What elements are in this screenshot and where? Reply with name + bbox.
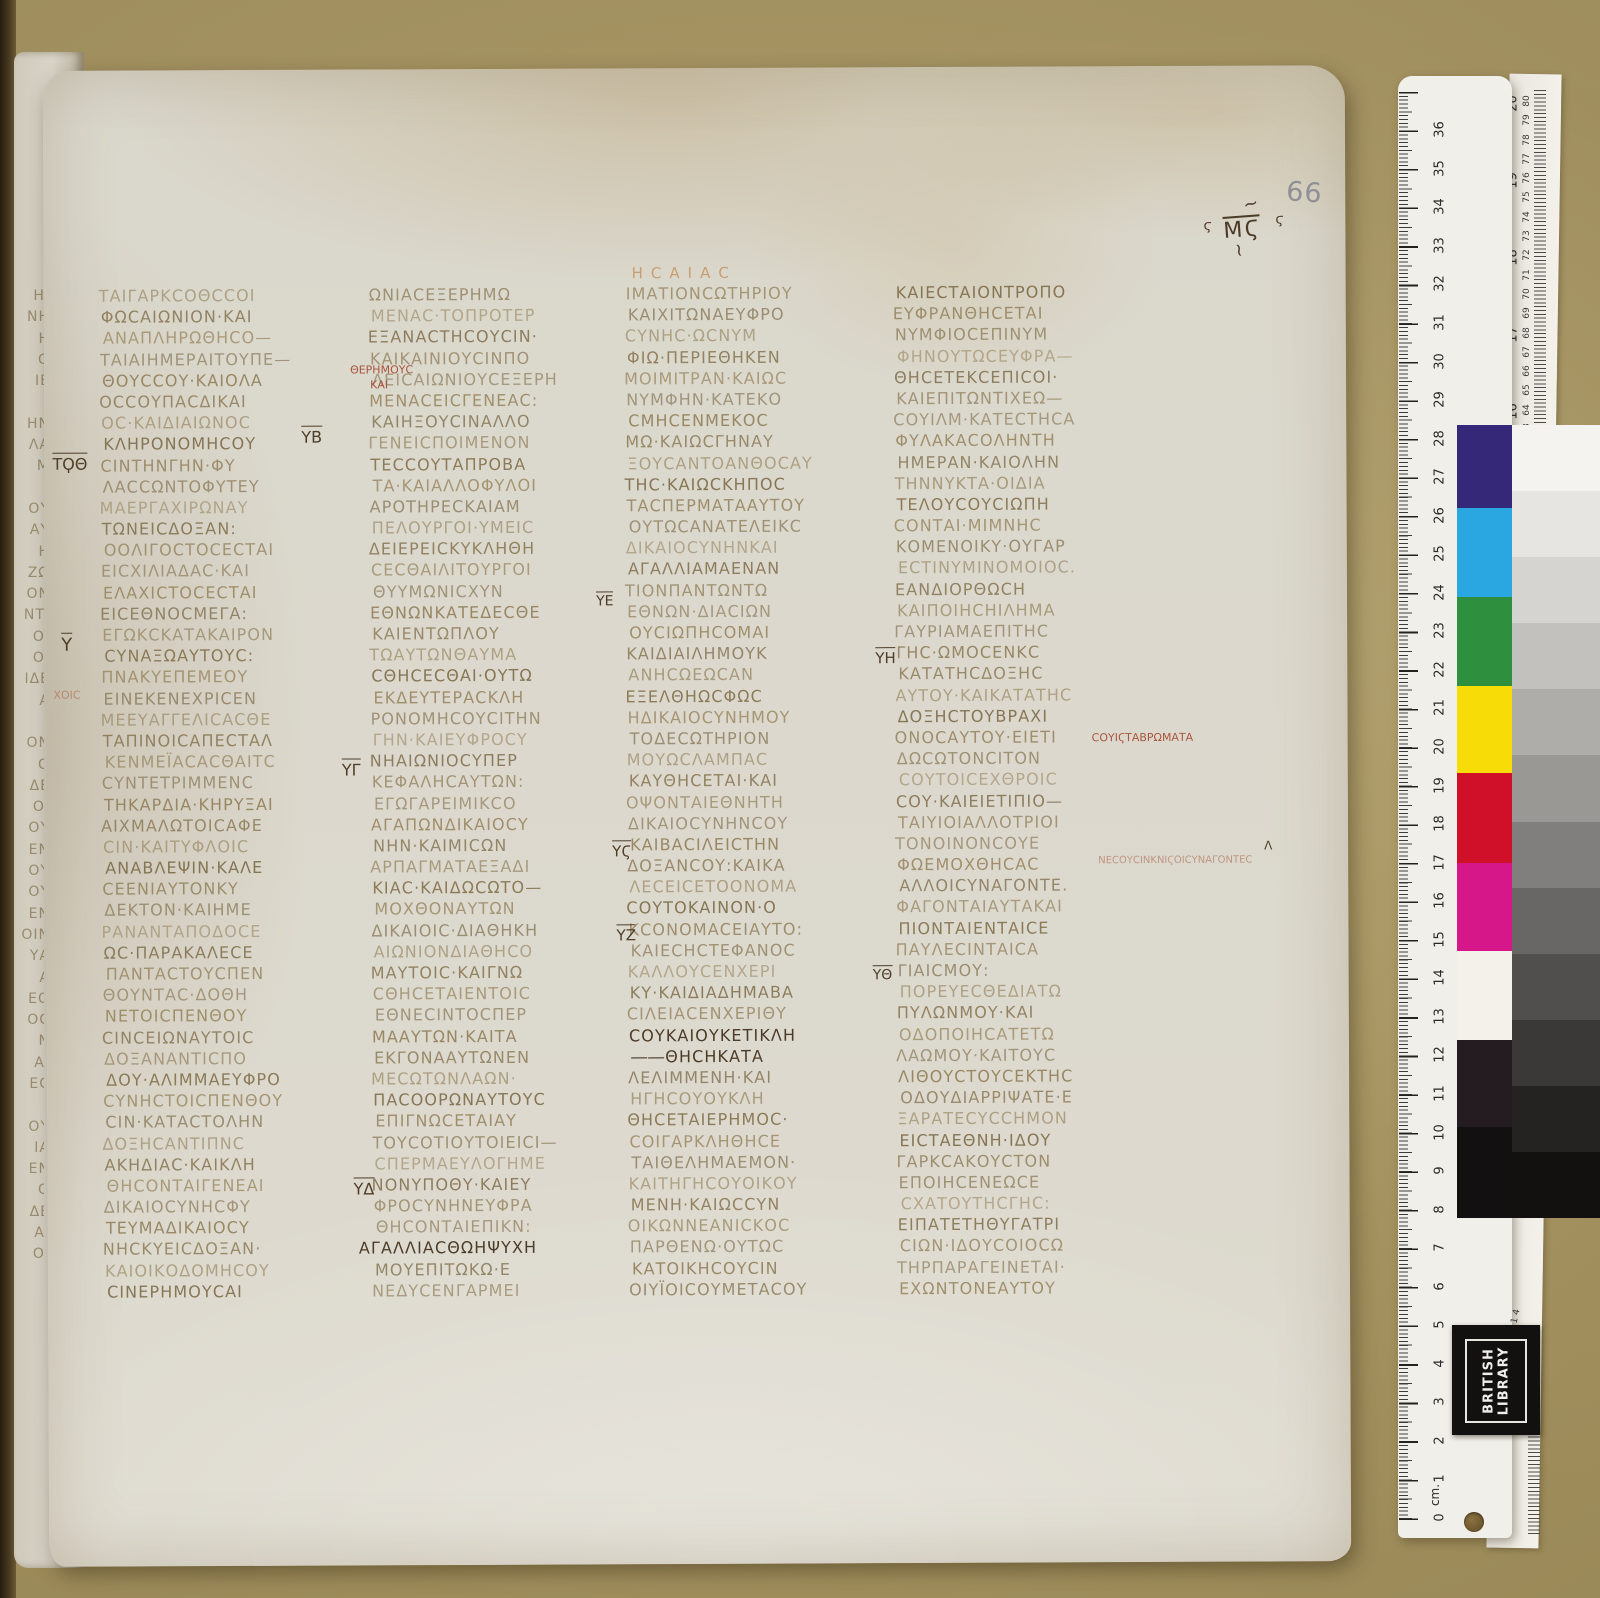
text-line: ΛΑΩΜΟΥ·ΚΑΙΤΟΥϹ <box>896 1044 1158 1067</box>
cm-number: 22 <box>1433 652 1448 686</box>
cm-number: 12 <box>1433 1038 1448 1072</box>
text-line: ΝΥΜΦΗΝ·ΚΑΤΕΚΟ <box>626 388 888 411</box>
fragment-line: ΟΝ <box>18 733 44 754</box>
british-library-label: BRITISH LIBRARY <box>1452 1325 1540 1435</box>
fragment-line: ΛΑ <box>18 435 44 456</box>
text-line: ΤΟΥϹΟΤΙΟΥΤΟΙΕΙϹΙ— <box>372 1131 634 1154</box>
text-line: ϹΙΝΤΗΝΓΗΝ·ΦΥ <box>100 454 362 477</box>
text-line: ΝΗΑΙΩΝΙΟϹΥΠΕΡ <box>370 749 632 772</box>
margin-note: ΥΗ <box>875 647 896 667</box>
text-line: ΤΑΠΙΝΟΙϹΑΠΕϹΤΑΛ <box>103 729 365 752</box>
text-line: ϹΟΙΓΑΡΚΛΗΘΗϹΕ <box>629 1129 891 1152</box>
text-line: ΑΡΟΤΗΡΕϹΚΑΙΑΜ <box>370 495 632 518</box>
margin-note: Λ <box>1264 838 1272 852</box>
fragment-line: ΔΕ <box>18 776 44 797</box>
british-library-label-text: BRITISH LIBRARY <box>1481 1347 1511 1416</box>
text-line: ΓΗϹ·ΩΜΟϹΕΝΚϹ <box>896 641 1158 664</box>
fragment-line: Α <box>18 691 44 712</box>
text-line: ΚΑΙΕϹΗϹΤΕΦΑΝΟϹ <box>631 939 893 962</box>
cm-number: 32 <box>1433 267 1448 301</box>
half-cm-number: 80 <box>1522 90 1532 112</box>
cm-number: 8 <box>1433 1192 1448 1226</box>
margin-note: Υ <box>61 633 72 656</box>
text-line: ΔΟΞΗϹΑΝΤΙΠΝϹ <box>102 1132 364 1155</box>
fragment-line: ΖΩ <box>18 563 44 584</box>
fragment-line: Η <box>18 329 44 350</box>
underlying-page-text-fragments: ΗΙΝΗΗΟΙΕΗΝΛΑΜΟΥΑΥΗΖΩΟΝΝΤΙΟΙΟΙΙΔΕΑΟΝΟΔΕΟΙ… <box>12 286 44 1296</box>
margin-note: ΘΕΡΗΜΟΥϹ <box>350 363 413 376</box>
text-line: ΓΑΥΡΙΑΜΑΕΠΙΤΗϹ <box>894 620 1156 643</box>
half-cm-number: 71 <box>1522 264 1532 286</box>
text-line: ΚΑΙΒΑϹΙΛΕΙϹΤΗΝ <box>630 833 892 856</box>
text-line: ΠΑΝΤΑϹΤΟΥϹΠΕΝ <box>106 962 368 985</box>
text-line: ΚΑΙΤΗΓΗϹΟΥΟΙΚΟΥ <box>629 1172 891 1195</box>
text-line: ΔΟΞΑΝϹΟΥ:ΚΑΙΚΑ <box>627 854 889 877</box>
text-line: ΚΑΙΟΙΚΟΔΟΜΗϹΟΥ <box>105 1259 367 1282</box>
text-line: ΤΙΟΝΠΑΝΤΩΝΤΩ <box>625 579 887 602</box>
text-line: ΕΛΑΧΙϹΤΟϹΕϹΤΑΙ <box>103 581 365 604</box>
fragment-line: Ν <box>18 1031 44 1052</box>
fragment-line: Η <box>18 542 44 563</box>
margin-note: ΤϘΘ <box>52 453 87 474</box>
cm-number: 33 <box>1433 228 1448 262</box>
text-line: ΚΑΛΛΟΥϹΕΝΧΕΡΙ <box>628 960 890 983</box>
margin-note: ΥΒ <box>301 426 322 447</box>
text-line: ΜΟΥΩϹΛΑΜΠΑϹ <box>627 748 889 771</box>
text-line: ΤΩΝΕΙϹΔΟΞΑΝ: <box>102 517 364 540</box>
text-line: ϹΥΝΗϹΤΟΙϹΠΕΝΘΟΥ <box>103 1089 365 1112</box>
text-line: ΤΗϹ·ΚΑΙΩϹΚΗΠΟϹ <box>625 473 887 496</box>
fragment-line: ΟΙ <box>18 627 44 648</box>
text-line: ΠΙΟΝΤΑΙΕΝΤΑΙϹΕ <box>898 916 1160 939</box>
cm-number: 18 <box>1433 807 1448 841</box>
cm-number: 29 <box>1433 383 1448 417</box>
text-line: ΟΙΥΪΟΙϹΟΥΜΕΤΑϹΟΥ <box>629 1278 891 1301</box>
text-line: ΑΙΧΜΑΛΩΤΟΙϹΑΦΕ <box>101 814 363 837</box>
cm-number: 27 <box>1433 460 1448 494</box>
half-cm-number: 72 <box>1522 244 1532 266</box>
half-cm-number: 64 <box>1522 399 1532 421</box>
text-line: ΔΙΚΑΙΟΙϹ·ΔΙΑΘΗΚΗ <box>371 919 633 942</box>
text-line: ΕΥΦΡΑΝΘΗϹΕΤΑΙ <box>893 302 1155 325</box>
margin-note: ΥΕ <box>596 591 613 609</box>
text-line: ΤΑΙΑΙΗΜΕΡΑΙΤΟΥΠΕ— <box>100 348 362 371</box>
running-title: ΗϹΑΙΑϹ <box>632 264 737 282</box>
text-line: ϹΥΝΤΕΤΡΙΜΜΕΝϹ <box>102 772 364 795</box>
cm-number: 11 <box>1433 1076 1448 1110</box>
text-line: ΤΕΥΜΑΔΙΚΑΙΟϹΥ <box>106 1216 368 1239</box>
text-line: ΜΑΥΤΟΙϹ·ΚΑΙΓΝΩ <box>371 961 633 984</box>
text-line: ΝΕΔΥϹΕΝΓΑΡΜΕΙ <box>372 1279 634 1302</box>
margin-note: ΥΘ <box>873 965 893 983</box>
text-line: ΕΠΟΙΗϹΕΝΕΩϹΕ <box>899 1171 1161 1194</box>
color-patch <box>1457 686 1512 773</box>
text-line: ΙΜΑΤΙΟΝϹΩΤΗΡΙΟΥ <box>626 282 888 305</box>
text-line: ΕΙϹΕΘΝΟϹΜΕΓΑ: <box>100 602 362 625</box>
half-cm-number: 78 <box>1522 129 1532 151</box>
text-line: ΜΕϹΩΤΩΝΛΑΩΝ· <box>371 1067 633 1090</box>
color-patch <box>1457 1040 1512 1127</box>
cm-number: 35 <box>1433 151 1448 185</box>
text-line: ϹΙΛΕΙΑϹΕΝΧΕΡΙΘΥ <box>627 1002 889 1025</box>
cm-number: 9 <box>1433 1154 1448 1188</box>
text-line: ΕΙΝΕΚΕΝΕΧΡΙϹΕΝ <box>103 687 365 710</box>
text-line: ΜΟΙΜΙΤΡΑΝ·ΚΑΙΩϹ <box>624 367 886 390</box>
fragment-line: ΟΝ <box>18 584 44 605</box>
text-line: ΟΨΟΝΤΑΙΕΘΝΗΤΗ <box>626 790 888 813</box>
fragment-line: ΑΙ <box>18 1053 44 1074</box>
text-line: ΜΕΝΑϹΕΙϹΓΕΝΕΑϹ: <box>369 389 631 412</box>
grayscale-wedge <box>1512 425 1600 1218</box>
text-line: ΟΔΟΠΟΙΗϹΑΤΕΤΩ <box>899 1022 1161 1045</box>
margin-note: ΥΔ <box>354 1177 375 1198</box>
text-line: ΔΕΙΕΡΕΙϹΚΥΚΛΗΘΗ <box>369 537 631 560</box>
half-cm-number: 68 <box>1522 322 1532 344</box>
text-line: ΗΜΕΡΑΝ·ΚΑΙΟΛΗΝ <box>897 450 1159 473</box>
cm-number: 6 <box>1433 1269 1448 1303</box>
text-line: ΚΑΙΠΟΙΗϹΗΙΛΗΜΑ <box>897 599 1159 622</box>
text-line: ΡΟΝΟΜΗϹΟΥϹΙΤΗΝ <box>371 707 633 730</box>
cm-number: 24 <box>1433 575 1448 609</box>
text-line: ΕϹΤΙΝΥΜΙΝΟΜΟΙΟϹ. <box>898 556 1160 579</box>
text-line: ΟΟΛΙΓΟϹΤΟϹΕϹΤΑΙ <box>104 538 366 561</box>
text-line: ΑΓΑΠΩΝΔΙΚΑΙΟϹΥ <box>371 813 633 836</box>
fragment-line <box>18 392 44 413</box>
cm-number: 14 <box>1433 961 1448 995</box>
text-line: ΚΑΙΗΞΟΥϹΙΝΑΛΛΟ <box>371 410 633 433</box>
text-line: ΕΙϹΧΙΛΙΑΔΑϹ·ΚΑΙ <box>101 560 363 583</box>
text-line: ΝΕΤΟΙϹΠΕΝΘΟΥ <box>105 1005 367 1028</box>
cm-number: 17 <box>1433 845 1448 879</box>
color-patch <box>1457 863 1512 951</box>
text-line: ϹΙΝ·ΚΑΤΑϹΤΟΛΗΝ <box>105 1111 367 1134</box>
text-line: ΝΥΜΦΙΟϹΕΠΙΝΥΜ <box>895 323 1157 346</box>
text-line: ΔΙΚΑΙΟϹΥΝΗϹΦΥ <box>104 1195 366 1218</box>
text-line: ϹΕΕΝΙΑΥΤΟΝΚΥ <box>102 877 364 900</box>
margin-note: ΧΟΙϹ <box>53 689 80 702</box>
fragment-line <box>18 478 44 499</box>
text-line: ΚΑΙΕϹΤΑΙΟΝΤΡΟΠΟ <box>896 281 1158 304</box>
british-library-label-box: BRITISH LIBRARY <box>1465 1339 1527 1423</box>
text-line: ΜΑΑΥΤΩΝ·ΚΑΙΤΑ <box>372 1025 634 1048</box>
text-line: ΠΑϹΟΟΡΩΝΑΥΤΟΥϹ <box>373 1088 635 1111</box>
fragment-line: Ο <box>18 1180 44 1201</box>
text-line: ΤΟΝΟΙΝΟΝϹΟΥΕ <box>895 832 1157 855</box>
text-line: ΑΝΑΒΛΕΨΙΝ·ΚΑΛΕ <box>105 856 367 879</box>
text-line: ΚϹΟΝΟΜΑϹΕΙΑΥΤΟ: <box>628 918 890 941</box>
text-column: ΩΝΙΑϹΕΞΕΡΗΜΩΜΕΝΑϹ·ΤΟΠΡΟΤΕΡ̄ΕΞΑΝΑϹΤΗϹΟΥϹΙ… <box>370 283 636 1301</box>
text-line: ΘΟΥΝΤΑϹ·ΔΟΘΗ <box>103 983 365 1006</box>
text-column: ΤΑΙΓΑΡΚϹΟΘϹϹΟΙΦΩϹΑΙΩΝΙΟΝ·ΚΑΙΑΝΑΠΛΗΡΩΘΗϹΟ… <box>101 284 367 1302</box>
text-line: ΚΟΜΕΝΟΙΚΥ·ΟΥΓΑΡ <box>896 535 1158 558</box>
text-line: ΜΑΕΡΓΑΧΙΡΩΝΑΥ <box>100 496 362 519</box>
cm-number: 7 <box>1433 1231 1448 1265</box>
fragment-line: ΟΥ <box>18 818 44 839</box>
cm-number: 5 <box>1433 1308 1448 1342</box>
fragment-line: Ο <box>18 755 44 776</box>
fragment-line: ΟΥ <box>18 499 44 520</box>
half-cm-number: 79 <box>1522 109 1532 131</box>
fragment-line: ΙΕ <box>18 371 44 392</box>
text-line: ΚΑΙΧΙΤΩΝΑΕΥΦΡΟ <box>628 303 890 326</box>
text-line: ΕΙϹΤΑΕΘΝΗ·ΙΔΟΥ <box>899 1128 1161 1151</box>
gray-step <box>1512 1086 1600 1152</box>
text-line: ΝΗϹΚΥΕΙϹΔΟΞΑΝ· <box>103 1238 365 1261</box>
fragment-line: ΔΕ <box>18 1202 44 1223</box>
text-line: ϹΙΝΕΡΗΜΟΥϹΑΙ <box>107 1280 369 1303</box>
text-line: ΤΕΛΟΥϹΟΥϹΙΩΠΗ <box>897 493 1159 516</box>
folio-number-pencil: 66 <box>1285 176 1323 209</box>
text-line: ΜΟΧΘΟΝΑΥΤΩΝ <box>374 897 636 920</box>
text-line: ΝΗΝ·ΚΑΙΜΙϹΩΝ <box>373 834 635 857</box>
fragment-line: Ο <box>18 350 44 371</box>
fragment-line: ΥΑ <box>18 946 44 967</box>
color-patch <box>1457 951 1512 1040</box>
fragment-line: ΟΥ <box>18 1117 44 1138</box>
text-line: ΠΟΡΕΥΕϹΘΕΔΙΑΤΩ <box>900 980 1162 1003</box>
fragment-line: ΗΙ <box>18 286 44 307</box>
text-line: ΚΑΤΟΙΚΗϹΟΥϹΙΝ <box>632 1257 894 1280</box>
text-line: ΟΥΤΩϹΑΝΑΤΕΛΕΙΚϹ <box>629 515 891 538</box>
quire-flourish: ~ <box>1241 192 1261 216</box>
text-line: ΔΟΞΑΝΑΝΤΙϹΠΟ <box>104 1047 366 1070</box>
text-line: ΚΑΙΔΙΑΙΛΗΜΟΥΚ <box>626 642 888 665</box>
ruler-cm-ticks <box>1399 92 1418 1520</box>
fragment-line: ΕΟ <box>18 989 44 1010</box>
fragment-line: ΕΝ <box>18 1159 44 1180</box>
text-line: ΟΔΟΥΔΙΑΡΡΙΨΑΤΕ·Ε <box>900 1086 1162 1109</box>
text-line: ΔΩϹΩΤΟΝϹΙΤΟΝ <box>897 747 1159 770</box>
quire-flourish: ~ <box>1227 241 1250 260</box>
cm-number: 36 <box>1433 113 1448 147</box>
text-line: ΤΗΚΑΡΔΙΑ·ΚΗΡΥΞΑΙ <box>104 793 366 816</box>
fragment-line: ΝΗ <box>18 307 44 328</box>
margin-note: ΥΓ <box>342 758 361 779</box>
text-line: ΔΟΞΗϹΤΟΥΒΡΑΧΙ <box>898 705 1160 728</box>
text-line: ΛΕϹΕΙϹΕΤΟΟΝΟΜΑ <box>629 875 891 898</box>
ruler-cm-label: cm. <box>1428 1484 1442 1506</box>
text-line: ΚΑΥΘΗϹΕΤΑΙ·ΚΑΙ <box>629 769 891 792</box>
text-line: ΤΗΝΝΥΚΤΑ·ΟΙΔΙΑ <box>895 471 1157 494</box>
gray-step <box>1512 1152 1600 1218</box>
cm-number: 4 <box>1433 1346 1448 1380</box>
text-line: ΦΙΩ·ΠΕΡΙΕΘΗΚΕΝ <box>627 346 889 369</box>
text-line: ΚΥ·ΚΑΙΔΙΑΔΗΜΑΒΑ <box>630 981 892 1004</box>
manuscript-page: ΗϹΑΙΑϹ ~ ΜϚ ~ ϛ ϛ 66 ΤΑΙΓΑΡΚϹΟΘϹϹΟΙΦΩϹΑΙ… <box>43 65 1352 1567</box>
half-cm-number: 70 <box>1522 283 1532 305</box>
text-line: ΤΑΙΘΕΛΗΜΑΕΜΟΝ· <box>631 1151 893 1174</box>
color-patch <box>1457 1127 1512 1218</box>
cm-number: 10 <box>1433 1115 1448 1149</box>
text-line: ΔΕΚΤΟΝ·ΚΑΙΗΜΕ <box>104 899 366 922</box>
text-line: ΔΙΚΑΙΟϹΥΝΗΝϹΟΥ <box>628 812 890 835</box>
fragment-line: ΟΙ <box>18 797 44 818</box>
text-line: ΕΓΩΓΑΡΕΙΜΙΚϹΟ <box>374 792 636 815</box>
text-line: ΑΙΩΝΙΟΝΔΙΑΘΗϹΟ <box>374 940 636 963</box>
text-line: ΚΑΤΑΤΗϹΔΟΞΗϹ <box>898 662 1160 685</box>
text-line: ΟϹ·ΚΑΙΔΙΑΙΩΝΟϹ <box>101 411 363 434</box>
text-line: ΡΑΝΑΝΤΑΠΟΔΟϹΕ <box>101 920 363 943</box>
text-line: ϹΟΥΙΛΜ·ΚΑΤΕϹΤΗϹΑ <box>893 408 1155 431</box>
text-column: ΙΜΑΤΙΟΝϹΩΤΗΡΙΟΥΚΑΙΧΙΤΩΝΑΕΥΦΡΟϹΥΝΗϹ·ΩϹΝΥΜ… <box>626 282 892 1300</box>
margin-note: ΥΖ <box>616 924 636 944</box>
british-library-line1: BRITISH <box>1481 1347 1496 1416</box>
text-line: ϹΙΩΝ·ΙΔΟΥϹΟΙΟϹΩ <box>900 1234 1162 1257</box>
half-cm-number: 66 <box>1522 360 1532 382</box>
fragment-line: ΟΙΝ <box>18 925 44 946</box>
text-line: ΑΚΗΔΙΑϹ·ΚΑΙΚΛΗ <box>104 1153 366 1176</box>
color-patch <box>1457 773 1512 863</box>
gray-step <box>1512 954 1600 1020</box>
fragment-line: Α <box>18 968 44 989</box>
text-line: ΕΘΝΕϹΙΝΤΟϹΠΕΡ <box>375 1003 637 1026</box>
fragment-line: ΙΑ <box>18 1138 44 1159</box>
fragment-line: ΑΥ <box>18 520 44 541</box>
text-line: ΕΑΝΔΙΟΡΘΩϹΗ <box>895 577 1157 600</box>
text-line: ΤΗΡΠΑΡΑΓΕΙΝΕΤΑΙ· <box>897 1255 1159 1278</box>
text-line: ΜΕΝΗ·ΚΑΙΩϹϹΥΝ <box>631 1193 893 1216</box>
half-cm-number: 75 <box>1522 186 1532 208</box>
gray-step <box>1512 1020 1600 1086</box>
text-line: ΝΟΝΥΠΟΘΥ·ΚΑΙΕΥ <box>372 1173 634 1196</box>
text-line: ΘΗϹΕΤΑΙΕΡΗΜΟϹ· <box>627 1108 889 1131</box>
color-patch <box>1457 597 1512 686</box>
half-cm-number: 67 <box>1522 341 1532 363</box>
text-line: ΛΙΘΟΥϹΤΟΥϹΕΚΤΗϹ <box>898 1065 1160 1088</box>
half-cm-number: 76 <box>1522 167 1532 189</box>
fragment-line: ΟΙ <box>18 648 44 669</box>
text-line: ΕΧΩΝΤΟΝΕΑΥΤΟΥ <box>899 1277 1161 1300</box>
text-line: ΠΥΛΩΝΜΟΥ·ΚΑΙ <box>897 1001 1159 1024</box>
text-line: ΩΝΙΑϹΕΞΕΡΗΜΩ <box>369 283 631 306</box>
cm-number: 15 <box>1433 922 1448 956</box>
cm-number: 26 <box>1433 498 1448 532</box>
text-line: ΞΑΡΑΤΕϹΥϹϹΗΜΟΝ <box>897 1107 1159 1130</box>
text-line: ϹΟΥΤΟΚΑΙΝΟΝ·Ο <box>626 896 888 919</box>
text-line: ΘΗϹΕΤΕΚϹΕΠΙϹΟΙ· <box>894 366 1156 389</box>
margin-note: ϹΟΥΙϚΤΑΒΡΩΜΑΤΑ <box>1092 731 1194 744</box>
text-line: ΓΑΡΚϹΑΚΟΥϹΤΟΝ <box>896 1149 1158 1172</box>
text-line: ϹΙΝϹΕΙΩΝΑΥΤΟΙϹ <box>102 1026 364 1049</box>
text-block: ΤΑΙΓΑΡΚϹΟΘϹϹΟΙΦΩϹΑΙΩΝΙΟΝ·ΚΑΙΑΝΑΠΛΗΡΩΘΗϹΟ… <box>43 65 1345 71</box>
text-line: ΑΓΑΛΛΙΑϹΘΩΗΨΥΧΗ <box>359 1237 621 1260</box>
text-line: ΚΙΑϹ·ΚΑΙΔΩϹΩΤΟ— <box>372 876 634 899</box>
half-cm-number: 73 <box>1522 225 1532 247</box>
british-library-line2: LIBRARY <box>1496 1347 1511 1416</box>
text-line: ΚΕΦΑΛΗϹΑΥΤΩΝ: <box>372 770 634 793</box>
margin-note: ΝΕϹΟΥϹΙΝΚΝΙϚΟΙϹΥΝΑΓΟΝΤΕϹ <box>1098 855 1252 867</box>
text-line: ΑΛΛΟΙϹΥΝΑΓΟΝΤΕ. <box>899 874 1161 897</box>
text-line: ΗΔΙΚΑΙΟϹΥΝΗΜΟΥ <box>628 706 890 729</box>
text-line: ΘΗϹΟΝΤΑΙΕΠΙΚΝ: <box>376 1215 638 1238</box>
text-line: ΠΕΛΟΥΡΓΟΙ·ΥΜΕΙϹ <box>372 516 634 539</box>
fragment-line: ΗΝ <box>18 414 44 435</box>
text-line: ΓΗΝ·ΚΑΙΕΥΦΡΟϹΥ <box>373 728 635 751</box>
text-line: ΞΟΥϹΑΝΤΟΑΝΘΟϹΑΥ <box>627 451 889 474</box>
cm-number: 13 <box>1433 999 1448 1033</box>
cm-number: 28 <box>1433 421 1448 455</box>
cm-number: 2 <box>1433 1423 1448 1457</box>
text-line: ϹΘΗϹΕϹΘΑΙ·ΟΥΤΩ <box>371 664 633 687</box>
color-patch <box>1457 425 1512 508</box>
text-line: ΛΕΛΙΜΜΕΝΗ·ΚΑΙ <box>628 1066 890 1089</box>
text-line: ΕΙΠΑΤΕΤΗΘΥΓΑΤΡΙ <box>898 1213 1160 1236</box>
fragment-line <box>18 712 44 733</box>
text-line: ϹΟΥΤΟΙϹΕΧΘΡΟΙϹ <box>899 768 1161 791</box>
cm-number: 23 <box>1433 614 1448 648</box>
text-line: ΩϹ·ΠΑΡΑΚΑΛΕϹΕ <box>104 941 366 964</box>
color-patch <box>1457 508 1512 597</box>
fragment-line: ΕΝ <box>18 840 44 861</box>
text-line: ΟϹϹΟΥΠΑϹΔΙΚΑΙ <box>99 390 361 413</box>
text-line: ϹΟΝΤΑΙ·ΜΙΜΝΗϹ <box>894 514 1156 537</box>
cm-number: 3 <box>1433 1385 1448 1419</box>
fragment-line: ΝΤΙ <box>18 605 44 626</box>
half-cm-number: 65 <box>1522 379 1532 401</box>
text-line: ΤΑΙΥΙΟΙΑΛΛΟΤΡΙΟΙ <box>898 810 1160 833</box>
text-line: ΠΑΥΛΕϹΙΝΤΑΙϹΑ <box>896 938 1158 961</box>
text-line: ΚΛΗΡΟΝΟΜΗϹΟΥ <box>103 433 365 456</box>
margin-note: ΚΑΙ <box>370 378 388 391</box>
cm-number: 34 <box>1433 190 1448 224</box>
text-line: ΘΗϹΟΝΤΑΙΓΕΝΕΑΙ <box>107 1174 369 1197</box>
fragment-line: ΟΥ <box>18 861 44 882</box>
text-line: ΘΟΥϹϹΟΥ·ΚΑΙΟΛΑ <box>102 369 364 392</box>
gray-step <box>1512 888 1600 954</box>
cm-number: 25 <box>1433 537 1448 571</box>
text-line: ϹΜΗϹΕΝΜΕΚΟϹ <box>628 409 890 432</box>
text-line: ΑΝΗϹΩΕΩϹΑΝ <box>628 663 890 686</box>
text-line: ΜΕΕΥΑΓΓΕΛΙϹΑϹΘΕ <box>101 708 363 731</box>
text-line: ϹΧΑΤΟΥΤΗϹΓΗϹ: <box>901 1192 1163 1215</box>
text-line: ΜΟΥΕΠΙΤΩΚΩ·Ε <box>375 1258 637 1281</box>
quire-flourish: ϛ <box>1203 218 1211 234</box>
margin-note: ΥϚ <box>612 840 631 860</box>
text-line: ΑΓΑΛΛΙΑΜΑΕΝΑΝ <box>628 557 890 580</box>
text-line: ϹΙΝ·ΚΑΙΤΥΦΛΟΙϹ <box>103 835 365 858</box>
text-line: ΕΞΕΛΘΗΩϹΦΩϹ <box>625 685 887 708</box>
text-line: ΦΩϹΑΙΩΝΙΟΝ·ΚΑΙ <box>101 305 363 328</box>
text-line: ΕΠΙΓΝΩϹΕΤΑΙΑΥ <box>375 1109 637 1132</box>
gray-step <box>1512 425 1600 491</box>
fragment-line: ΑΙ <box>18 1223 44 1244</box>
text-line: ΛΑϹϹΩΝΤΟΦΥΤΕΥ <box>103 475 365 498</box>
gray-step <box>1512 755 1600 821</box>
quire-flourish: ϛ <box>1275 211 1283 227</box>
half-cm-number: 74 <box>1522 206 1532 228</box>
text-line: ΕΚΔΕΥΤΕΡΑϹΚΛΗ <box>373 686 635 709</box>
cm-number: 20 <box>1433 730 1448 764</box>
text-line: ΕΘΝΩΝ·ΔΙΑϹΙΩΝ <box>627 600 889 623</box>
text-line: ΕΓΩΚϹΚΑΤΑΚΑΙΡΟΝ <box>102 623 364 646</box>
gray-step <box>1512 623 1600 689</box>
text-line: ΔΙΚΑΙΟϹΥΝΗΝΚΑΙ <box>626 536 888 559</box>
text-line: ΟΥϹΙΩΠΗϹΟΜΑΙ <box>629 621 891 644</box>
text-line: ΤΩΑΥΤΩΝΘΑΥΜΑ <box>369 643 631 666</box>
fragment-line: ΕϹ <box>18 1074 44 1095</box>
text-line: ϹΕϹΘΑΙΛΙΤΟΥΡΓΟΙ <box>371 559 633 582</box>
text-line: ΚΑΙΕΝΤΩΠΛΟΥ <box>372 622 634 645</box>
text-line: ΠΑΡΘΕΝΩ·ΟΥΤΩϹ <box>630 1235 892 1258</box>
text-line: ϹΘΗϹΕΤΑΙΕΝΤΟΙϹ <box>373 982 635 1005</box>
cm-number: 16 <box>1433 884 1448 918</box>
text-line: ΟΙΚΩΝΝΕΑΝΙϹΚΟϹ <box>628 1214 890 1237</box>
text-line: ΕΞΑΝΑϹΤΗϹΟΥϹΙΝ· <box>368 325 630 348</box>
half-cm-number: 69 <box>1522 302 1532 324</box>
text-line: ΕΚΓΟΝΑΑΥΤΩΝΕΝ <box>374 1046 636 1069</box>
marginalia-layer: ΘΕΡΗΜΟΥϹΚΑΙΥΒΤϘΘΥΧΟΙϹΥΓΥΕΥϚΥΖΥΗΥΘΥΔϹΟΥΙϚ… <box>43 65 1345 71</box>
gray-step <box>1512 822 1600 888</box>
